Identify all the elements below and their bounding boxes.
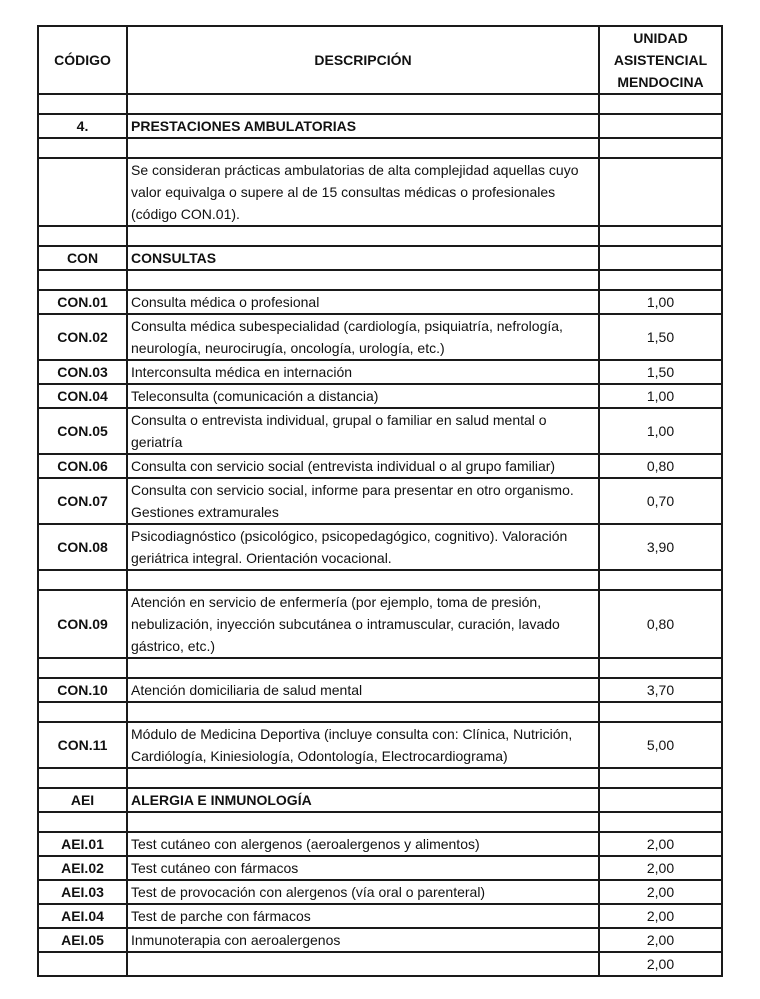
description-cell (127, 270, 599, 290)
blank-row (38, 226, 722, 246)
description-cell (127, 952, 599, 976)
unit-value-cell: 1,00 (599, 290, 722, 314)
table-row: CON.07Consulta con servicio social, info… (38, 478, 722, 524)
table-row: AEI.02Test cutáneo con fármacos2,00 (38, 856, 722, 880)
description-cell (127, 768, 599, 788)
code-cell: AEI.01 (38, 832, 127, 856)
unit-value-cell: 1,50 (599, 314, 722, 360)
unit-value-cell (599, 702, 722, 722)
unit-value-cell (599, 768, 722, 788)
unit-value-cell (599, 270, 722, 290)
code-cell: CON.10 (38, 678, 127, 702)
description-cell: Test de parche con fármacos (127, 904, 599, 928)
table-header: CÓDIGO DESCRIPCIÓN UNIDAD ASISTENCIAL ME… (38, 26, 722, 94)
unit-value-cell: 3,90 (599, 524, 722, 570)
unit-value-cell: 1,00 (599, 384, 722, 408)
unit-value-cell: 0,80 (599, 454, 722, 478)
unit-value-cell (599, 788, 722, 812)
table-row: AEI.03Test de provocación con alergenos … (38, 880, 722, 904)
table-row: CON.10Atención domiciliaria de salud men… (38, 678, 722, 702)
code-cell (38, 270, 127, 290)
description-cell: Consulta médica o profesional (127, 290, 599, 314)
note-row: Se consideran prácticas ambulatorias de … (38, 158, 722, 226)
description-cell: Consulta con servicio social, informe pa… (127, 478, 599, 524)
unit-value-cell: 2,00 (599, 880, 722, 904)
code-cell: AEI.02 (38, 856, 127, 880)
description-cell: ALERGIA E INMUNOLOGÍA (127, 788, 599, 812)
header-unit-line: MENDOCINA (603, 71, 718, 93)
blank-row (38, 658, 722, 678)
unit-value-cell: 1,50 (599, 360, 722, 384)
blank-row (38, 138, 722, 158)
description-cell: Consulta médica subespecialidad (cardiol… (127, 314, 599, 360)
unit-value-cell: 2,00 (599, 832, 722, 856)
blank-row (38, 94, 722, 114)
nomenclator-table: CÓDIGO DESCRIPCIÓN UNIDAD ASISTENCIAL ME… (37, 25, 723, 977)
unit-value-cell (599, 158, 722, 226)
description-cell: Test de provocación con alergenos (vía o… (127, 880, 599, 904)
table-row: 2,00 (38, 952, 722, 976)
description-cell (127, 570, 599, 590)
code-cell: CON.04 (38, 384, 127, 408)
blank-row (38, 702, 722, 722)
blank-row (38, 812, 722, 832)
unit-value-cell (599, 94, 722, 114)
code-cell (38, 226, 127, 246)
description-cell (127, 658, 599, 678)
unit-value-cell: 5,00 (599, 722, 722, 768)
code-cell (38, 138, 127, 158)
code-cell: CON (38, 246, 127, 270)
header-code: CÓDIGO (38, 26, 127, 94)
unit-value-cell: 2,00 (599, 952, 722, 976)
unit-value-cell (599, 570, 722, 590)
description-cell: Inmunoterapia con aeroalergenos (127, 928, 599, 952)
section-row: AEIALERGIA E INMUNOLOGÍA (38, 788, 722, 812)
description-cell: Test cutáneo con fármacos (127, 856, 599, 880)
description-cell: CONSULTAS (127, 246, 599, 270)
code-cell: CON.07 (38, 478, 127, 524)
description-cell (127, 226, 599, 246)
unit-value-cell (599, 226, 722, 246)
description-cell (127, 138, 599, 158)
code-cell: CON.08 (38, 524, 127, 570)
description-cell: PRESTACIONES AMBULATORIAS (127, 114, 599, 138)
table-row: AEI.04Test de parche con fármacos2,00 (38, 904, 722, 928)
description-cell (127, 702, 599, 722)
description-cell: Consulta o entrevista individual, grupal… (127, 408, 599, 454)
code-cell: AEI (38, 788, 127, 812)
description-cell: Se consideran prácticas ambulatorias de … (127, 158, 599, 226)
table-row: CON.05Consulta o entrevista individual, … (38, 408, 722, 454)
code-cell (38, 768, 127, 788)
description-cell: Teleconsulta (comunicación a distancia) (127, 384, 599, 408)
table-row: AEI.05Inmunoterapia con aeroalergenos2,0… (38, 928, 722, 952)
unit-value-cell (599, 138, 722, 158)
table-row: CON.11Módulo de Medicina Deportiva (incl… (38, 722, 722, 768)
code-cell: CON.03 (38, 360, 127, 384)
description-cell: Psicodiagnóstico (psicológico, psicopeda… (127, 524, 599, 570)
table-row: CON.04Teleconsulta (comunicación a dista… (38, 384, 722, 408)
header-unit: UNIDAD ASISTENCIAL MENDOCINA (599, 26, 722, 94)
unit-value-cell: 2,00 (599, 856, 722, 880)
header-unit-line: ASISTENCIAL (603, 49, 718, 71)
unit-value-cell: 2,00 (599, 904, 722, 928)
code-cell: CON.01 (38, 290, 127, 314)
header-description: DESCRIPCIÓN (127, 26, 599, 94)
code-cell (38, 658, 127, 678)
description-cell (127, 812, 599, 832)
code-cell: CON.05 (38, 408, 127, 454)
description-cell: Atención en servicio de enfermería (por … (127, 590, 599, 658)
code-cell: AEI.03 (38, 880, 127, 904)
unit-value-cell: 0,70 (599, 478, 722, 524)
code-cell: CON.09 (38, 590, 127, 658)
unit-value-cell: 3,70 (599, 678, 722, 702)
unit-value-cell (599, 114, 722, 138)
description-cell (127, 94, 599, 114)
blank-row (38, 570, 722, 590)
table-row: CON.09Atención en servicio de enfermería… (38, 590, 722, 658)
unit-value-cell: 2,00 (599, 928, 722, 952)
header-unit-line: UNIDAD (603, 27, 718, 49)
unit-value-cell: 1,00 (599, 408, 722, 454)
table-row: CON.08Psicodiagnóstico (psicológico, psi… (38, 524, 722, 570)
blank-row (38, 270, 722, 290)
code-cell (38, 812, 127, 832)
unit-value-cell (599, 246, 722, 270)
code-cell: CON.02 (38, 314, 127, 360)
table-row: CON.02Consulta médica subespecialidad (c… (38, 314, 722, 360)
description-cell: Test cutáneo con alergenos (aeroalergeno… (127, 832, 599, 856)
table-body: 4.PRESTACIONES AMBULATORIASSe consideran… (38, 94, 722, 976)
code-cell: CON.11 (38, 722, 127, 768)
code-cell (38, 570, 127, 590)
code-cell (38, 702, 127, 722)
code-cell (38, 158, 127, 226)
description-cell: Atención domiciliaria de salud mental (127, 678, 599, 702)
section-row: 4.PRESTACIONES AMBULATORIAS (38, 114, 722, 138)
unit-value-cell (599, 812, 722, 832)
table-row: CON.06Consulta con servicio social (entr… (38, 454, 722, 478)
blank-row (38, 768, 722, 788)
table-row: CON.01Consulta médica o profesional1,00 (38, 290, 722, 314)
code-cell: AEI.05 (38, 928, 127, 952)
code-cell (38, 952, 127, 976)
table-row: AEI.01Test cutáneo con alergenos (aeroal… (38, 832, 722, 856)
table-row: CON.03Interconsulta médica en internació… (38, 360, 722, 384)
description-cell: Consulta con servicio social (entrevista… (127, 454, 599, 478)
section-row: CONCONSULTAS (38, 246, 722, 270)
code-cell: AEI.04 (38, 904, 127, 928)
code-cell (38, 94, 127, 114)
code-cell: CON.06 (38, 454, 127, 478)
description-cell: Módulo de Medicina Deportiva (incluye co… (127, 722, 599, 768)
unit-value-cell (599, 658, 722, 678)
unit-value-cell: 0,80 (599, 590, 722, 658)
code-cell: 4. (38, 114, 127, 138)
description-cell: Interconsulta médica en internación (127, 360, 599, 384)
